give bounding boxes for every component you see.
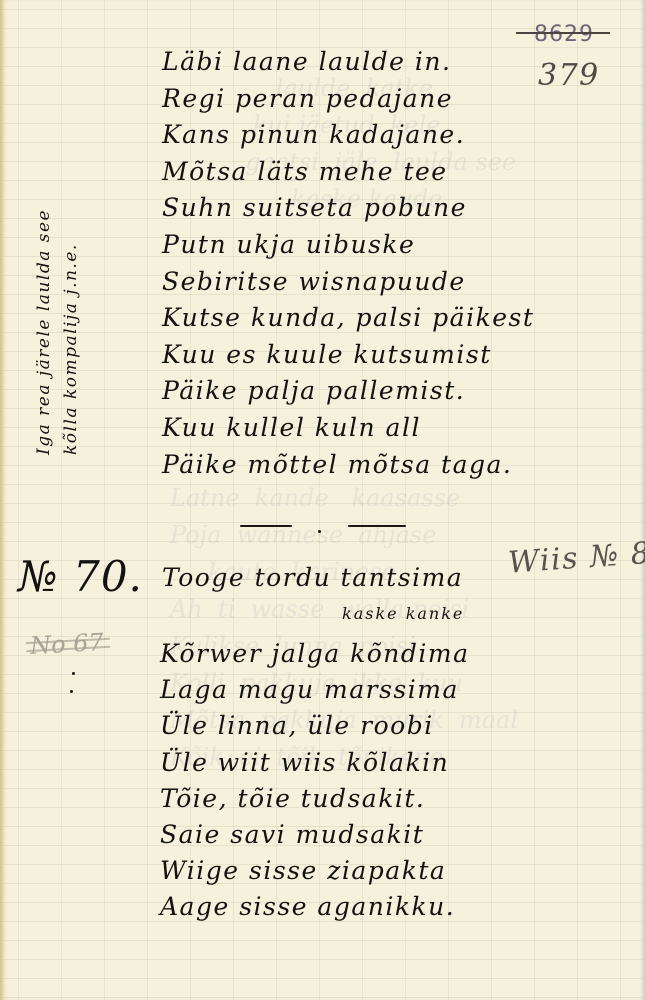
paper-edge-right	[641, 0, 645, 1000]
verse-sub-note: kaske kanke	[342, 604, 464, 623]
verse-line: Wiige sisse ziapakta	[160, 853, 470, 889]
manuscript-page: laulde katke kui jäetud kele gaatsi jäle…	[0, 0, 645, 1000]
verse-line: Päike palja pallemist.	[162, 373, 534, 410]
stanza-2-title: Tooge tordu tantsima	[162, 560, 463, 597]
verse-line: Saie savi mudsakit	[160, 817, 470, 853]
verse-line: Tõie, tõie tudsakit.	[160, 781, 470, 817]
paper-edge-left	[0, 0, 5, 1000]
margin-dots	[72, 672, 76, 696]
stanza-2: Kõrwer jalga kõndima Laga magu marssima …	[160, 636, 470, 926]
verse-line: Kõrwer jalga kõndima	[160, 636, 470, 672]
verse-line: Sebiritse wisnapuude	[162, 264, 534, 301]
stanza-1: Läbi laane laulde in. Regi peran pedajan…	[162, 44, 534, 483]
verse-line: Kutse kunda, palsi päikest	[162, 300, 534, 337]
entry-number: № 70.	[18, 552, 143, 601]
verse-line: Päike mõttel mõtsa taga.	[162, 447, 534, 484]
verse-line: Regi peran pedajane	[162, 81, 534, 118]
old-number-struck: No 67	[29, 628, 104, 660]
separator-dash	[348, 525, 406, 527]
side-note-line: Iga rea järele laulda see	[31, 209, 58, 455]
verse-line: Putn ukja uibuske	[162, 227, 534, 264]
verse-line: Kuu es kuule kutsumist	[162, 337, 534, 374]
side-note-line: kõlla kompalija j.n.e.	[58, 209, 85, 455]
verse-line: Üle wiit wiis kõlakin	[160, 745, 470, 781]
verse-line: Kuu kullel kuln all	[162, 410, 534, 447]
separator-dash	[240, 525, 292, 527]
side-note: Iga rea järele laulda see kõlla kompalij…	[31, 209, 85, 455]
verse-line: Kans pinun kadajane.	[162, 117, 534, 154]
melody-reference: Wiis № 80	[507, 534, 645, 580]
verse-line: Suhn suitseta pobune	[162, 190, 534, 227]
archive-number: 379	[538, 58, 600, 93]
verse-line: Tooge tordu tantsima	[162, 560, 463, 597]
verse-line: Laga magu marssima	[160, 672, 470, 708]
section-separator	[240, 522, 410, 530]
separator-dot	[318, 530, 321, 533]
verse-line: Mõtsa läts mehe tee	[162, 154, 534, 191]
stamp-number-struck: 8629	[534, 22, 594, 47]
verse-line: Üle linna, üle roobi	[160, 708, 470, 744]
verse-line: Läbi laane laulde in.	[162, 44, 534, 81]
verse-line: Aage sisse aganikku.	[160, 889, 470, 925]
